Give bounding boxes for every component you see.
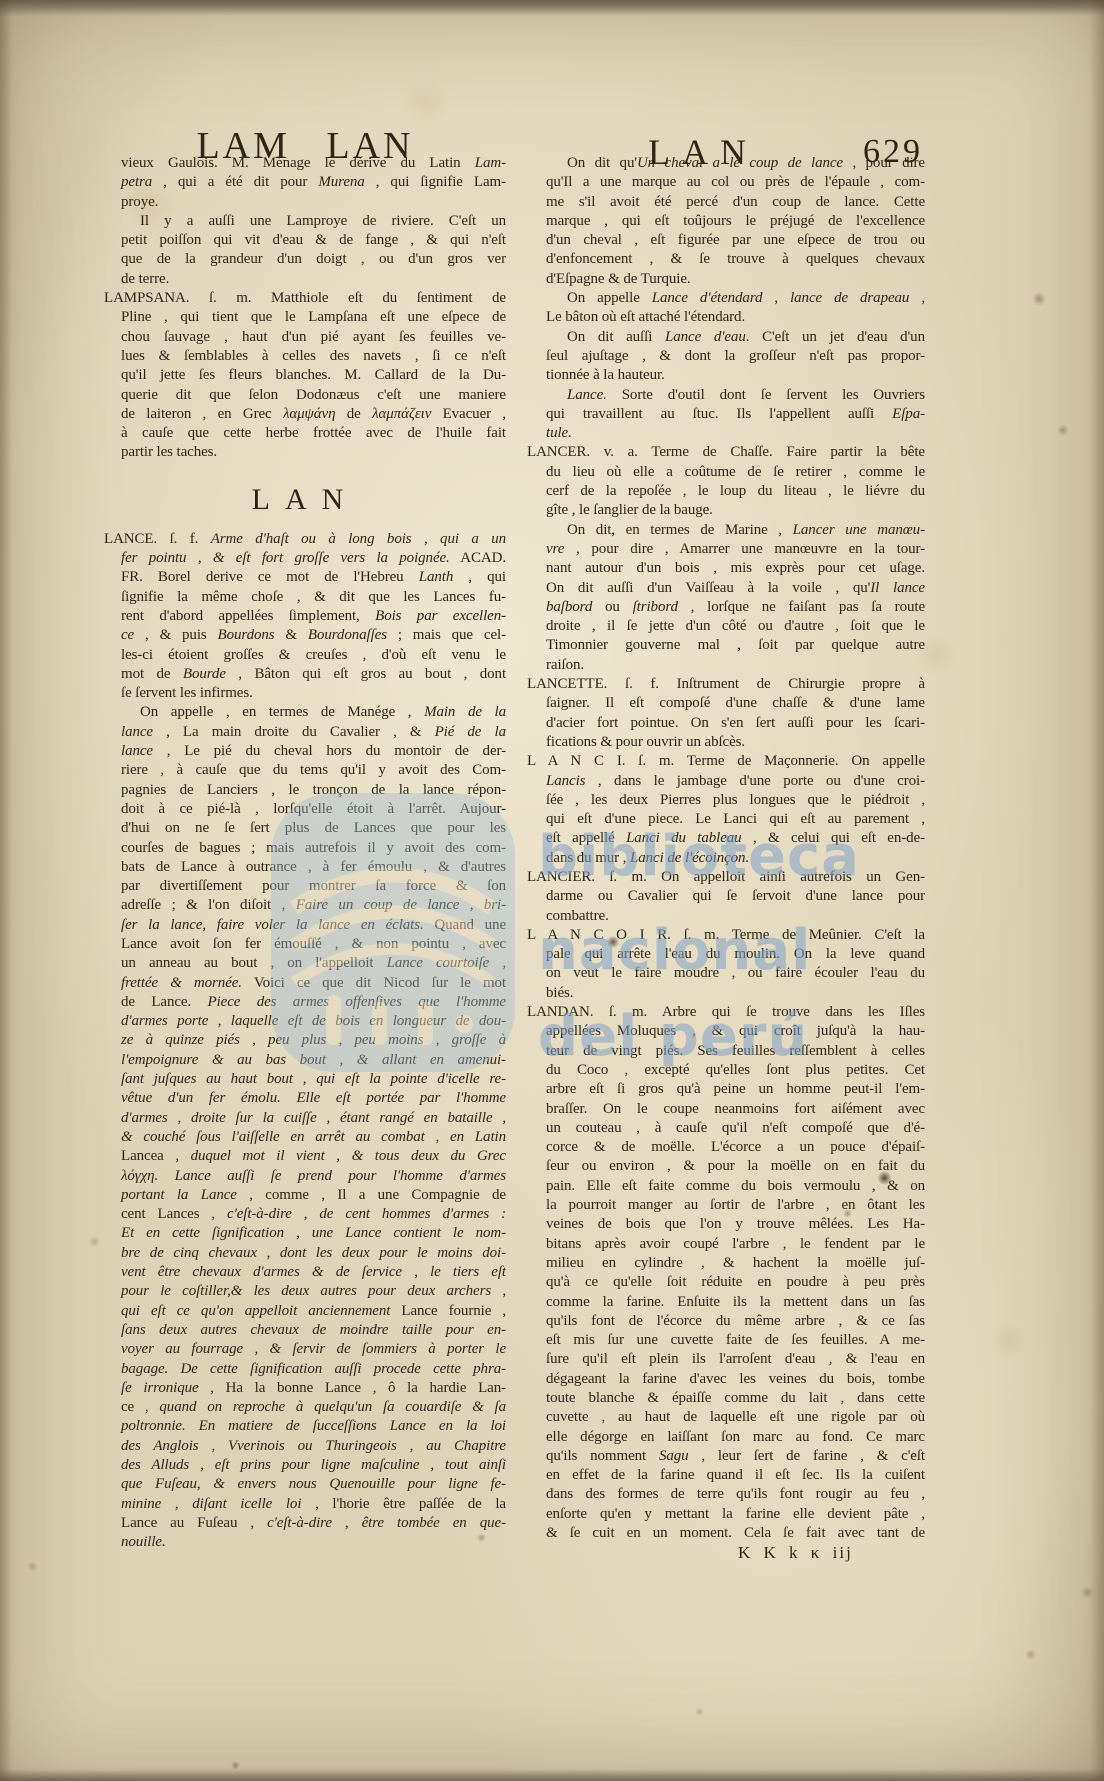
text-line: lance , Le pié du cheval hors du montoir… xyxy=(104,742,506,761)
text-line: pale qui arrête l'eau du moulin. On la l… xyxy=(527,945,925,964)
text-line: LAMPSANA. ſ. m. Matthiole eſt du ſentime… xyxy=(104,289,506,308)
text-line: appellées Moluques , & qui croît juſqu'à… xyxy=(527,1022,925,1041)
text-line: On dit, en termes de Marine , Lancer une… xyxy=(527,521,925,540)
text-line: par divertiſſement pour montrer ſa force… xyxy=(104,877,506,896)
dictionary-page: LAM LAN LAN 629 vieux Gaulois. M. Ménage… xyxy=(0,0,1104,1781)
text-line: Il y a auſſi une Lamproye de riviere. C'… xyxy=(104,212,506,231)
text-line: cent Lances , c'eſt-à-dire , de cent hom… xyxy=(104,1205,506,1224)
text-line: courſes de bagues ; mais autrefois il y … xyxy=(104,839,506,858)
text-line: veines de bois que l'on y trouve mêlées.… xyxy=(527,1215,925,1234)
text-line: qu'ils font de l'écorce du même arbre , … xyxy=(527,1312,925,1331)
text-line: qu'il jette ſes fleurs blanches. M. Call… xyxy=(104,366,506,385)
text-line: gîte , le ſanglier de la bauge. xyxy=(527,501,925,520)
right-column: On dit qu'Un cheval a le coup de lance ,… xyxy=(527,154,925,1543)
text-line: riere , à cauſe que du tems qu'il y avoi… xyxy=(104,761,506,780)
text-line: & ſe cuit en un moment. Cela ſe fait ave… xyxy=(527,1524,925,1543)
text-line: ſer la lance, faire voler la lance en éc… xyxy=(104,916,506,935)
text-line: bre de cinq chevaux , dont les deux pour… xyxy=(104,1244,506,1263)
scan-top-edge xyxy=(0,0,1104,16)
text-line: toute blanche & épaiſſe comme du lait , … xyxy=(527,1389,925,1408)
text-line: ſure qu'il eſt plein ils l'arroſent d'ea… xyxy=(527,1350,925,1369)
text-line: qui eſt ce qu'on appelloit anciennement … xyxy=(104,1302,506,1321)
text-line: ſaigner. Il eſt compoſé d'une chaſſe & d… xyxy=(527,694,925,713)
text-line: Et en cette ſignification , une Lance co… xyxy=(104,1224,506,1243)
text-line: des Alluds , eſt prins pour ligne maſcul… xyxy=(104,1456,506,1475)
text-line: d'enfoncement , & ſe trouve à quelques c… xyxy=(527,250,925,269)
text-line: ſe ſervent les infirmes. xyxy=(104,684,506,703)
text-line: LANCE. ſ. f. Arme d'haſt ou à long bois … xyxy=(104,530,506,549)
text-line: de Lance. Piece des armes offenſives que… xyxy=(104,993,506,1012)
scan-bottom-edge xyxy=(0,1769,1104,1781)
text-line: fer pointu , & eſt fort groſſe vers la p… xyxy=(104,549,506,568)
text-line: de terre. xyxy=(104,270,506,289)
text-line: en effet de la farine quand il eſt ſec. … xyxy=(527,1466,925,1485)
foxing-spot xyxy=(695,1707,704,1716)
text-line: bagage. De cette ſignification auſſi pro… xyxy=(104,1360,506,1379)
text-line: cerf de la repoſée , le loup du liteau ,… xyxy=(527,482,925,501)
text-line: qui eſt d'une piece. Le Lanci qui eſt au… xyxy=(527,810,925,829)
text-line: que de la grandeur d'un doigt , ou d'un … xyxy=(104,250,506,269)
text-line: Lancea , duquel mot il vient , & tous de… xyxy=(104,1147,506,1166)
text-line: nant autour d'un bois , mis exprès pour … xyxy=(527,559,925,578)
text-line: on veut le faire moudre , ou faire écoul… xyxy=(527,964,925,983)
text-line: querie dit que ſelon Dodonæus c'eſt une … xyxy=(104,386,506,405)
text-line: des Anglois , Vverinois ou Thuringeois ,… xyxy=(104,1437,506,1456)
text-line: darme ou Cavalier qui ſe ſervoit d'une l… xyxy=(527,887,925,906)
paper-blemish xyxy=(400,80,452,122)
text-line: d'hui on ne ſe ſert plus de Lances que p… xyxy=(104,819,506,838)
text-line: pain. Elle eſt faite comme du bois vermo… xyxy=(527,1177,925,1196)
text-line: portant la Lance , comme , Il a une Comp… xyxy=(104,1186,506,1205)
text-line: Lance avoit ſon fer émouſſé , & non poin… xyxy=(104,935,506,954)
text-line: eſt mis ſur une cuvette faite de ſes feu… xyxy=(527,1331,925,1350)
text-line: vêtue d'un fer émolu. Elle eſt portée pa… xyxy=(104,1089,506,1108)
text-line: poltronnie. En matiere de ſucceſſions La… xyxy=(104,1417,506,1436)
section-header: LAN xyxy=(104,463,506,530)
text-line: On appelle Lance d'étendard , lance de d… xyxy=(527,289,925,308)
text-line: On appelle , en termes de Manége , Main … xyxy=(104,703,506,722)
text-line: LANCER. v. a. Terme de Chaſſe. Faire par… xyxy=(527,443,925,462)
text-line: l'empoignure & au bas bout , & allant en… xyxy=(104,1051,506,1070)
text-line: les-ci étoient groſſes & creuſes , d'où … xyxy=(104,646,506,665)
text-line: rent d'abord appellées ſimplement, Bois … xyxy=(104,607,506,626)
text-line: ce , & puis Bourdons & Bourdonaſſes ; ma… xyxy=(104,626,506,645)
text-line: raiſon. xyxy=(527,656,925,675)
text-line: milieu en cylindre , & hachent la moëlle… xyxy=(527,1254,925,1273)
text-line: partir les taches. xyxy=(104,443,506,462)
foxing-spot xyxy=(89,1236,100,1247)
text-line: dégageant la farine d'avec les veines du… xyxy=(527,1370,925,1389)
signature-mark: K K k κ iij xyxy=(738,1543,938,1563)
text-line: teur de vingt piés. Ses feuilles reſſemb… xyxy=(527,1042,925,1061)
text-line: Lancis , dans le jambage d'une porte ou … xyxy=(527,772,925,791)
foxing-spot xyxy=(1032,292,1046,306)
text-line: fications & pour ouvrir un abſcès. xyxy=(527,733,925,752)
text-line: du lieu où elle a coûtume de ſe retirer … xyxy=(527,463,925,482)
text-line: voyer au fourrage , & ſervir de ſommiers… xyxy=(104,1340,506,1359)
text-line: ſans deux autres chevaux de moindre tail… xyxy=(104,1321,506,1340)
text-line: cuvette , au haut de laquelle eſt une ri… xyxy=(527,1408,925,1427)
text-line: un couteau , à cauſe qu'il n'eſt compoſé… xyxy=(527,1119,925,1138)
text-line: eſt appellé Lanci du tableau , & celui q… xyxy=(527,829,925,848)
text-line: On dit auſſi d'un Vaiſſeau à la voile , … xyxy=(527,579,925,598)
text-line: qu'ils nomment Sagu , leur ſert de farin… xyxy=(527,1447,925,1466)
text-line: lance , La main droite du Cavalier , & P… xyxy=(104,723,506,742)
text-line: adreſſe ; & l'on diſoit , Faire un coup … xyxy=(104,896,506,915)
text-line: vre , pour dire , Amarrer une manœuvre e… xyxy=(527,540,925,559)
text-line: vieux Gaulois. M. Ménage le dérive du La… xyxy=(104,154,506,173)
left-column: vieux Gaulois. M. Ménage le dérive du La… xyxy=(104,154,506,1552)
text-line: d'acier fort pointue. On s'en ſert auſſi… xyxy=(527,714,925,733)
text-line: ſeur ou environ , & pour la moëlle on en… xyxy=(527,1157,925,1176)
foxing-spot xyxy=(27,1561,38,1572)
text-line: qu'Il a une marque au col ou près de l'é… xyxy=(527,173,925,192)
text-line: d'un cheval , eſt figurée par une eſpece… xyxy=(527,231,925,250)
text-line: pagnies de Lanciers , le tronçon de la l… xyxy=(104,781,506,800)
text-line: baſbord ou ſtribord , lorſque ne faiſant… xyxy=(527,598,925,617)
text-line: Pline , qui tient que le Lampſana eſt un… xyxy=(104,308,506,327)
text-line: ſignifie la même choſe , & dit que les L… xyxy=(104,588,506,607)
text-line: qui travaillent au ſtuc. Ils l'appellent… xyxy=(527,405,925,424)
text-line: un anneau au bout , on l'appelloit Lance… xyxy=(104,954,506,973)
text-line: LANCETTE. ſ. f. Inſtrument de Chirurgie … xyxy=(527,675,925,694)
text-line: L A N C O I R. ſ. m. Terme de Meûnier. C… xyxy=(527,926,925,945)
text-line: corce & de moëlle. L'écorce a un pouce d… xyxy=(527,1138,925,1157)
text-line: elle dégorge en laiſſant ſon marc au fon… xyxy=(527,1428,925,1447)
text-line: minine , diſant icelle loi , l'horie êtr… xyxy=(104,1495,506,1514)
text-line: ce , quand on reproche à quelqu'un ſa co… xyxy=(104,1398,506,1417)
text-line: doit à ce pié-là , lorſqu'elle étoit à l… xyxy=(104,800,506,819)
text-line: combattre. xyxy=(527,907,925,926)
text-line: droite , il ſe jette d'un côté ou d'autr… xyxy=(527,617,925,636)
text-line: ſeul ajuſtage , & dont la groſſeur n'eſt… xyxy=(527,347,925,366)
text-line: petit poiſſon qui vit d'eau & de fange ,… xyxy=(104,231,506,250)
text-line: ze à quinze piés , peu plus , peu moins … xyxy=(104,1031,506,1050)
paper-blemish xyxy=(990,1322,1030,1358)
text-line: du Coco , excepté qu'elles ſont plus pet… xyxy=(527,1061,925,1080)
text-line: ſe irronique , Ha la bonne Lance , ô la … xyxy=(104,1379,506,1398)
text-line: On dit qu'Un cheval a le coup de lance ,… xyxy=(527,154,925,173)
text-line: marque , qui eſt toûjours le préjugé de … xyxy=(527,212,925,231)
foxing-spot xyxy=(1025,1649,1036,1660)
text-line: comme la farine. Enſuite ils la mettent … xyxy=(527,1293,925,1312)
text-line: proye. xyxy=(104,193,506,212)
text-line: LANCIER. ſ. m. On appelloit ainſi autref… xyxy=(527,868,925,887)
text-line: Lance au Fuſeau , c'eſt-à-dire , être to… xyxy=(104,1514,506,1533)
text-line: d'Eſpagne & de Turquie. xyxy=(527,270,925,289)
text-line: bats de Lance à outrance , à fer émoulu … xyxy=(104,858,506,877)
text-line: la pourroit manger au ſortir de l'arbre … xyxy=(527,1196,925,1215)
text-line: dans du mur , Lanci de l'écoinçon. xyxy=(527,849,925,868)
text-line: d'armes porte , laquelle eſt de bois en … xyxy=(104,1012,506,1031)
text-line: petra , qui a été dit pour Murena , qui … xyxy=(104,173,506,192)
text-line: enſorte qu'en y mettant la farine elle d… xyxy=(527,1505,925,1524)
text-line: mot de Bourde , Bâton qui eſt gros au bo… xyxy=(104,665,506,684)
text-line: tionnée à la hauteur. xyxy=(527,366,925,385)
text-line: lues & ſemblables à celles des navets , … xyxy=(104,347,506,366)
text-line: tule. xyxy=(527,424,925,443)
scan-right-edge xyxy=(1090,0,1104,1781)
text-line: nouille. xyxy=(104,1533,506,1552)
text-line: Timonnier gouverne mal , ſoit par quelqu… xyxy=(527,636,925,655)
text-line: que Fuſeau, & envers nous Quenouille pou… xyxy=(104,1475,506,1494)
text-line: dans des formes de terre qu'ils font rou… xyxy=(527,1485,925,1504)
text-line: à cauſe que cette herbe frottée avec de … xyxy=(104,424,506,443)
text-line: pour le coſtiller,& les deux autres pour… xyxy=(104,1282,506,1301)
text-line: λόγχη. Lance auſſi ſe prend pour l'homme… xyxy=(104,1167,506,1186)
text-line: qu'à ce qu'elle ſoit réduite en poudre à… xyxy=(527,1273,925,1292)
text-line: braſſer. On le coupe neanmoins fort aiſé… xyxy=(527,1100,925,1119)
text-line: chou ſauvage , haut d'un pié ayant ſes f… xyxy=(104,328,506,347)
text-line: On dit auſſi Lance d'eau. C'eſt un jet d… xyxy=(527,328,925,347)
text-line: ſée , les deux Pierres plus longues que … xyxy=(527,791,925,810)
text-line: frettée & mornée. Voici ce que dit Nicod… xyxy=(104,974,506,993)
text-line: d'armes , droite ſur la cuiſſe , étant r… xyxy=(104,1109,506,1128)
text-line: L A N C I. ſ. m. Terme de Maçonnerie. On… xyxy=(527,752,925,771)
text-line: bitans après avoir coupé l'arbre , le fe… xyxy=(527,1235,925,1254)
text-line: vent être chevaux d'armes & de ſervice ,… xyxy=(104,1263,506,1282)
text-line: LANDAN. ſ. m. Arbre qui ſe trouve dans l… xyxy=(527,1003,925,1022)
text-line: Le bâton où eſt attaché l'étendard. xyxy=(527,308,925,327)
text-line: biés. xyxy=(527,984,925,1003)
foxing-spot xyxy=(1057,424,1069,436)
text-line: FR. Borel derive ce mot de l'Hebreu Lant… xyxy=(104,568,506,587)
text-line: Lance. Sorte d'outil dont ſe ſervent les… xyxy=(527,386,925,405)
text-line: & couché ſous l'aiſſelle en arrêt au com… xyxy=(104,1128,506,1147)
scan-left-edge xyxy=(0,0,12,1781)
text-line: ſant juſques au haut bout , qui eſt la p… xyxy=(104,1070,506,1089)
text-line: arbre eſt ſi gros qu'à peine un homme pe… xyxy=(527,1080,925,1099)
text-line: me s'il avoit été percé d'un coup de lan… xyxy=(527,193,925,212)
text-line: de laiteron , en Grec λαμψάνη de λαμπάζε… xyxy=(104,405,506,424)
